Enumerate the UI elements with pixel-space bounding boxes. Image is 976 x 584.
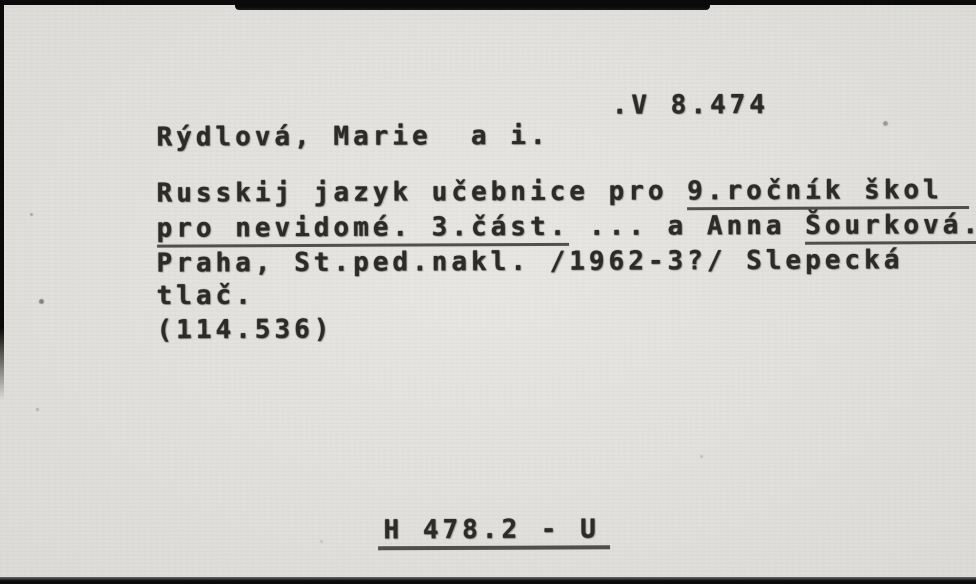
imprint-text: Praha, St.ped.nakl. /1962-3?/ Slepecká: [157, 245, 904, 278]
scan-edge-top-shadow: [235, 0, 710, 10]
catalog-card-scan: Rýdlová, Marie a i. .V 8.474 Russkij jaz…: [0, 0, 976, 584]
scan-edge-left: [0, 0, 4, 400]
shelf-mark-line: H 478.2 - U: [305, 485, 600, 576]
accession-number: (114.536): [157, 314, 334, 345]
shelf-mark: H 478.2 - U: [378, 514, 610, 550]
scan-edge-bottom: [0, 577, 976, 584]
accession-number-line: (114.536): [78, 285, 334, 376]
paper-specks: [0, 0, 3, 3]
call-number: .V 8.474: [612, 91, 769, 122]
